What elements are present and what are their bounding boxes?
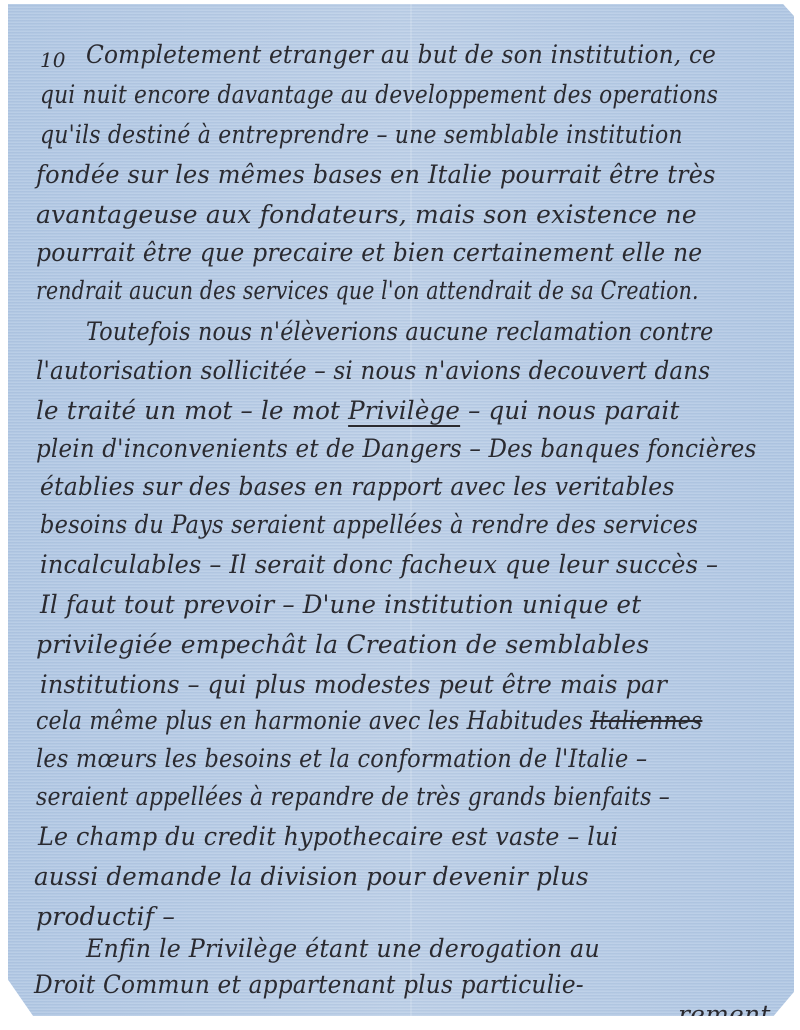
letter-page: 10 Completement etranger au but de son i…: [8, 4, 794, 1016]
text-line: Enfin le Privilège étant une derogation …: [86, 934, 600, 963]
handwritten-text: Completement etranger au but de son inst…: [8, 4, 794, 1016]
struck-word: Italiennes: [590, 706, 702, 735]
text-fragment: cela même plus en harmonie avec les Habi…: [36, 706, 590, 735]
text-line: rement: [678, 1000, 771, 1029]
text-line: fondée sur les mêmes bases en Italie pou…: [36, 160, 716, 189]
text-line: productif –: [36, 902, 175, 931]
text-line: rendrait aucun des services que l'on att…: [36, 276, 699, 305]
text-line: l'autorisation sollicitée – si nous n'av…: [36, 356, 710, 385]
text-line: qu'ils destiné à entreprendre – une semb…: [40, 120, 683, 149]
text-line: institutions – qui plus modestes peut êt…: [40, 670, 667, 699]
text-line: Toutefois nous n'élèverions aucune recla…: [86, 317, 714, 346]
underlined-word: Privilège: [348, 396, 460, 425]
text-line: Le champ du credit hypothecaire est vast…: [38, 822, 618, 851]
text-line: plein d'inconvenients et de Dangers – De…: [36, 434, 756, 463]
text-line: Droit Commun et appartenant plus particu…: [34, 970, 584, 999]
text-line: les mœurs les besoins et la conformation…: [36, 744, 647, 773]
text-line: besoins du Pays seraient appellées à ren…: [40, 510, 698, 539]
text-line: qui nuit encore davantage au developpeme…: [40, 80, 718, 109]
text-line: aussi demande la division pour devenir p…: [34, 862, 589, 891]
text-line: incalculables – Il serait donc facheux q…: [40, 550, 718, 579]
text-fragment: – qui nous parait: [460, 396, 679, 425]
text-line-with-strike: cela même plus en harmonie avec les Habi…: [36, 706, 702, 735]
text-line: établies sur des bases en rapport avec l…: [40, 472, 675, 501]
text-line: Il faut tout prevoir – D'une institution…: [40, 590, 641, 619]
text-line: avantageuse aux fondateurs, mais son exi…: [36, 200, 697, 229]
text-line: seraient appellées à repandre de très gr…: [36, 782, 670, 811]
text-line: privilegiée empechât la Creation de semb…: [36, 630, 649, 659]
text-line: Completement etranger au but de son inst…: [86, 40, 716, 69]
text-line: pourrait être que precaire et bien certa…: [36, 238, 702, 267]
text-line-with-underline: le traité un mot – le mot Privilège – qu…: [36, 396, 680, 425]
text-fragment: le traité un mot – le mot: [36, 396, 348, 425]
